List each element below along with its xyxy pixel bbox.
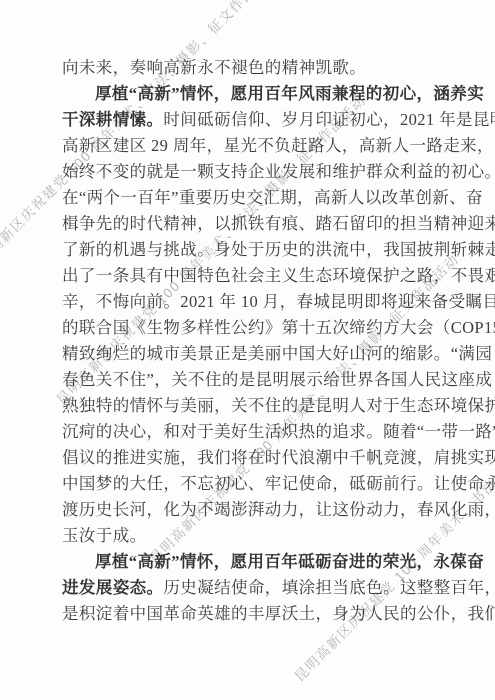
text-segment: 在“两个一百年”重要历史交汇期，高新人以改革创新、奋 <box>62 188 483 207</box>
text-segment: 精致绚烂的城市美景正是美丽中国大好山河的缩影。“满园 <box>62 344 492 363</box>
text-line: 倡议的推进实施，我们将在时代浪潮中千帆竞渡，肩挑实现 <box>62 445 440 471</box>
text-segment: 沉疴的决心，和对于美好生活炽热的追求。随着“一带一路” <box>62 422 495 441</box>
text-segment: 高新区建区 29 周年，星光不负赶路人，高新人一路走来， <box>62 136 494 155</box>
text-line: 向未来，奏响高新永不褪色的精神凯歌。 <box>62 55 440 81</box>
text-segment: 是积淀着中国革命英雄的丰厚沃土，身为人民的公仆，我们 <box>62 604 495 623</box>
text-segment: 玉汝于成。 <box>62 526 147 545</box>
text-line: 渡历史长河，化为不竭澎湃动力，让这份动力，春风化雨， <box>62 497 440 523</box>
text-segment: 始终不变的就是一颗支持企业发展和维护群众利益的初心。 <box>62 162 495 181</box>
text-segment: 厚植“高新”情怀，愿用百年风雨兼程的初心，涵养实 <box>95 84 484 103</box>
text-segment: 中国梦的大任，不忘初心、牢记使命，砥砺前行。让使命永 <box>62 474 495 493</box>
text-line: 玉汝于成。 <box>62 523 440 549</box>
document-page: 昆明高新区庆祝建党 100 周年美术、书法、摄影、征文作品活动 昆明高新区庆祝建… <box>0 0 495 700</box>
text-line: 进发展姿态。历史凝结使命，填涂担当底色。这整整百年， <box>62 575 440 601</box>
text-segment: 干深耕情愫。 <box>62 110 163 129</box>
text-line: 沉疴的决心，和对于美好生活炽热的追求。随着“一带一路” <box>62 419 440 445</box>
text-segment: 楫争先的时代精神，以抓铁有痕、踏石留印的担当精神迎来 <box>62 214 495 233</box>
text-segment: 渡历史长河，化为不竭澎湃动力，让这份动力，春风化雨， <box>62 500 495 519</box>
text-line: 出了一条具有中国特色社会主义生态环境保护之路，不畏艰 <box>62 263 440 289</box>
text-segment: 时间砥砺信仰、岁月印证初心，2021 年是昆明 <box>163 110 495 129</box>
text-line: 在“两个一百年”重要历史交汇期，高新人以改革创新、奋 <box>62 185 440 211</box>
text-segment: 春色关不住”，关不住的是昆明展示给世界各国人民这座成 <box>62 370 492 389</box>
text-line: 了新的机遇与挑战。身处于历史的洪流中，我国披荆斩棘走 <box>62 237 440 263</box>
text-segment: 熟独特的情怀与美丽，关不住的是昆明人对于生态环境保护 <box>62 396 495 415</box>
text-segment: 进发展姿态。 <box>62 578 163 597</box>
text-line: 楫争先的时代精神，以抓铁有痕、踏石留印的担当精神迎来 <box>62 211 440 237</box>
text-line: 始终不变的就是一颗支持企业发展和维护群众利益的初心。 <box>62 159 440 185</box>
text-line: 高新区建区 29 周年，星光不负赶路人，高新人一路走来， <box>62 133 440 159</box>
text-segment: 辛，不悔向前。2021 年 10 月，春城昆明即将迎来备受瞩目 <box>62 292 495 311</box>
text-segment: 的联合国《生物多样性公约》第十五次缔约方大会（COP15）。 <box>62 318 495 337</box>
text-line: 是积淀着中国革命英雄的丰厚沃土，身为人民的公仆，我们 <box>62 601 440 627</box>
text-line: 春色关不住”，关不住的是昆明展示给世界各国人民这座成 <box>62 367 440 393</box>
text-segment: 出了一条具有中国特色社会主义生态环境保护之路，不畏艰 <box>62 266 495 285</box>
text-line: 干深耕情愫。时间砥砺信仰、岁月印证初心，2021 年是昆明 <box>62 107 440 133</box>
document-body: 向未来，奏响高新永不褪色的精神凯歌。厚植“高新”情怀，愿用百年风雨兼程的初心，涵… <box>62 55 440 627</box>
text-line: 厚植“高新”情怀，愿用百年砥砺奋进的荣光，永葆奋 <box>62 549 440 575</box>
text-line: 的联合国《生物多样性公约》第十五次缔约方大会（COP15）。 <box>62 315 440 341</box>
text-line: 辛，不悔向前。2021 年 10 月，春城昆明即将迎来备受瞩目 <box>62 289 440 315</box>
text-line: 精致绚烂的城市美景正是美丽中国大好山河的缩影。“满园 <box>62 341 440 367</box>
text-segment: 历史凝结使命，填涂担当底色。这整整百年， <box>163 578 495 597</box>
text-segment: 向未来，奏响高新永不褪色的精神凯歌。 <box>62 58 366 77</box>
text-line: 中国梦的大任，不忘初心、牢记使命，砥砺前行。让使命永 <box>62 471 440 497</box>
text-line: 厚植“高新”情怀，愿用百年风雨兼程的初心，涵养实 <box>62 81 440 107</box>
text-segment: 了新的机遇与挑战。身处于历史的洪流中，我国披荆斩棘走 <box>62 240 495 259</box>
text-segment: 倡议的推进实施，我们将在时代浪潮中千帆竞渡，肩挑实现 <box>62 448 495 467</box>
text-line: 熟独特的情怀与美丽，关不住的是昆明人对于生态环境保护 <box>62 393 440 419</box>
text-segment: 厚植“高新”情怀，愿用百年砥砺奋进的荣光，永葆奋 <box>95 552 484 571</box>
